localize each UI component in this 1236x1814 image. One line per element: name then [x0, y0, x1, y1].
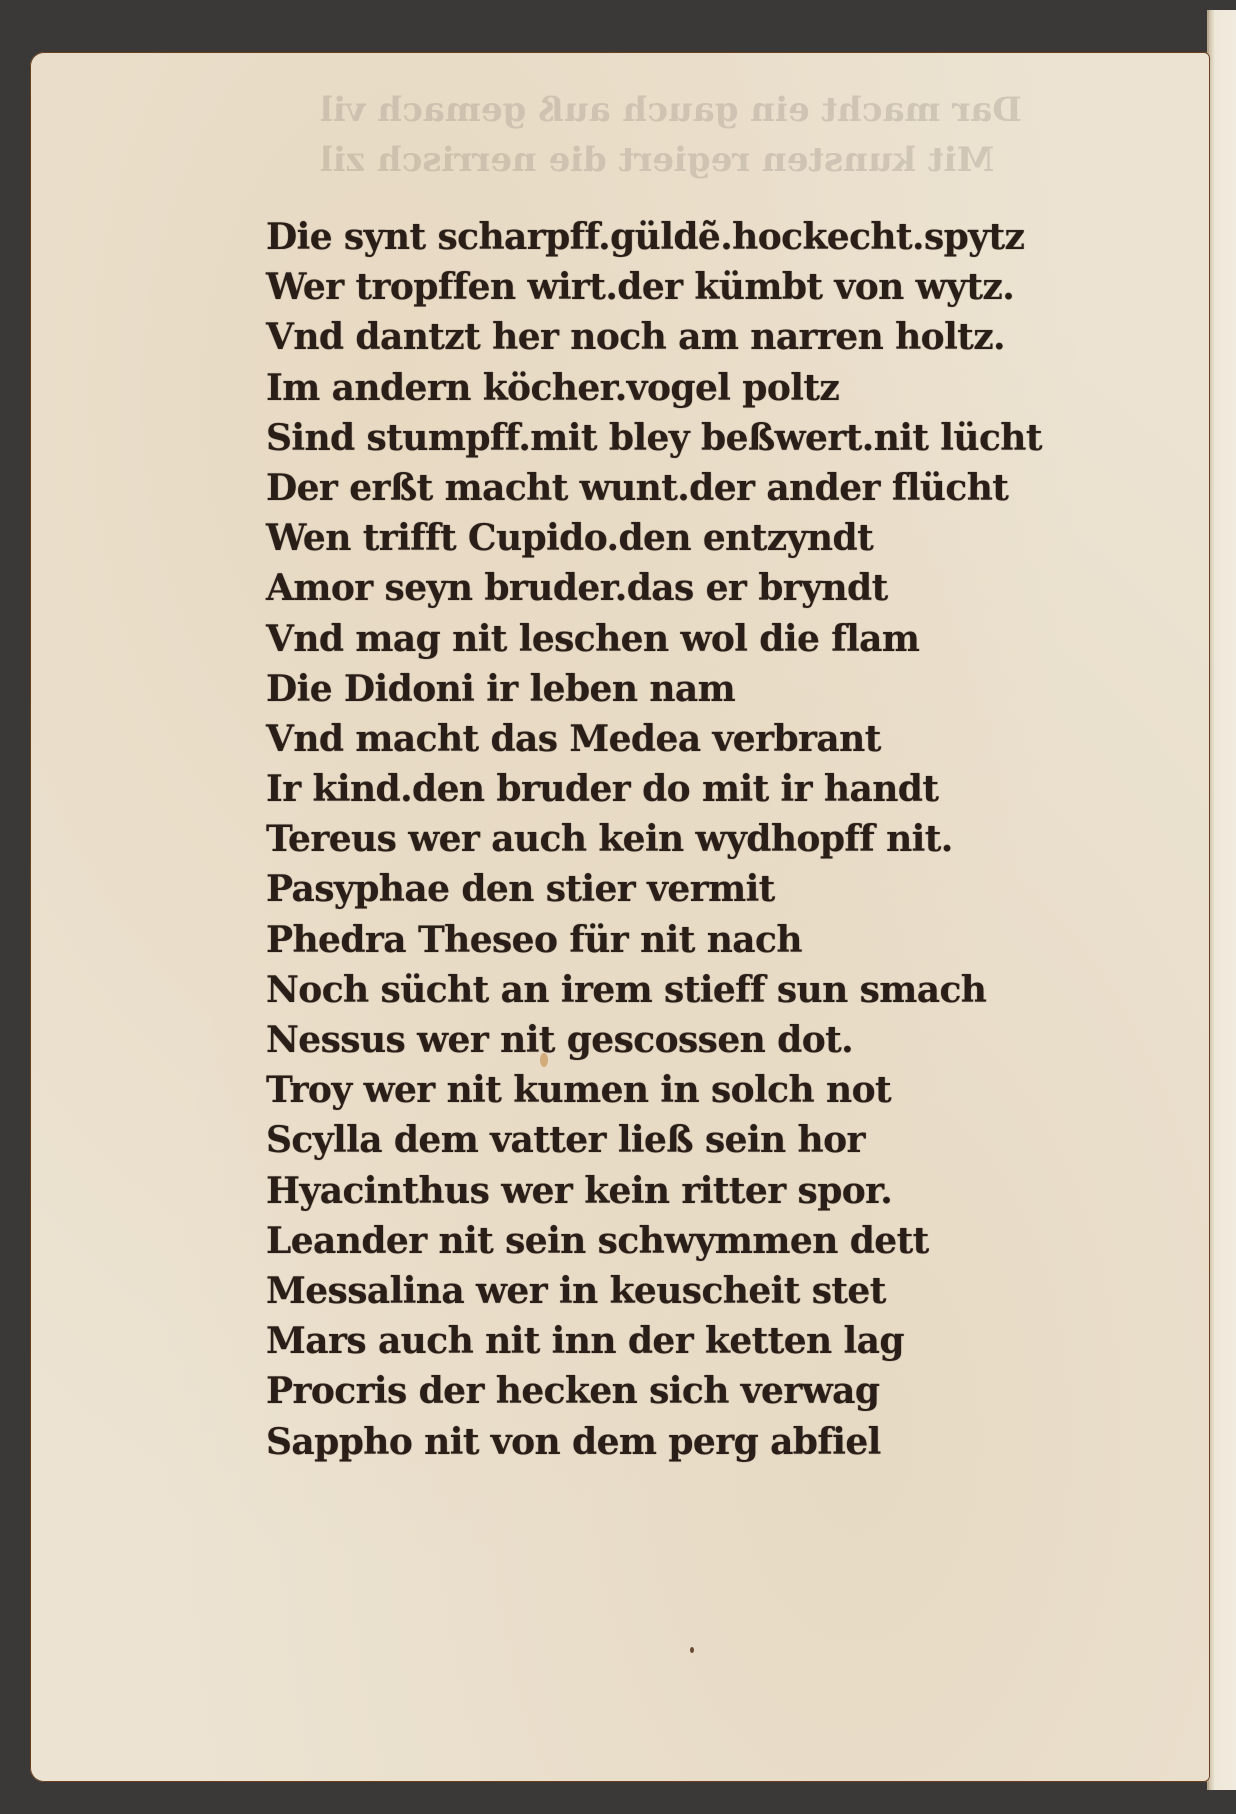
verse-line: Im andern köcher.vogel poltz [266, 363, 1042, 413]
verse-line: Vnd dantzt her noch am narren holtz. [266, 312, 1042, 362]
show-through-line: Mit kunsten regiert die nerrisch zil [320, 135, 1100, 185]
verse-line: Messalina wer in keuscheit stet [266, 1266, 1042, 1316]
verse-line: Die synt scharpff.güldẽ.hockecht.spytz [266, 212, 1042, 262]
verse-line: Der erßt macht wunt.der ander flücht [266, 463, 1042, 513]
show-through-text: Dar macht ein gauch auß gemach vil Mit k… [320, 85, 1100, 185]
verse-line: Sind stumpff.mit bley beßwert.nit lücht [266, 413, 1042, 463]
verse-line: Amor seyn bruder.das er bryndt [266, 563, 1042, 613]
verse-line: Vnd macht das Medea verbrant [266, 714, 1042, 764]
verse-text-block: Die synt scharpff.güldẽ.hockecht.spytz W… [266, 212, 1042, 1467]
verse-line: Mars auch nit inn der ketten lag [266, 1316, 1042, 1366]
verse-line: Ir kind.den bruder do mit ir handt [266, 764, 1042, 814]
verse-line: Scylla dem vatter ließ sein hor [266, 1115, 1042, 1165]
verse-line: Sappho nit von dem perg abfiel [266, 1417, 1042, 1467]
verse-line: Procris der hecken sich verwag [266, 1366, 1042, 1416]
verse-line: Wen trifft Cupido.den entzyndt [266, 513, 1042, 563]
verse-line: Die Didoni ir leben nam [266, 664, 1042, 714]
verse-line: Wer tropffen wirt.der kümbt von wytz. [266, 262, 1042, 312]
verse-line: Nessus wer nit gescossen dot. [266, 1015, 1042, 1065]
facing-page-edge [1207, 10, 1236, 1790]
verse-line: Troy wer nit kumen in solch not [266, 1065, 1042, 1115]
verse-line: Tereus wer auch kein wydhopff nit. [266, 814, 1042, 864]
verse-line: Pasyphae den stier vermit [266, 864, 1042, 914]
verse-line: Noch sücht an irem stieff sun smach [266, 965, 1042, 1015]
show-through-line: Dar macht ein gauch auß gemach vil [320, 85, 1100, 135]
verse-line: Vnd mag nit leschen wol die flam [266, 614, 1042, 664]
verse-line: Leander nit sein schwymmen dett [266, 1216, 1042, 1266]
verse-line: Hyacinthus wer kein ritter spor. [266, 1166, 1042, 1216]
verse-line: Phedra Theseo für nit nach [266, 915, 1042, 965]
ink-speck [690, 1647, 694, 1653]
